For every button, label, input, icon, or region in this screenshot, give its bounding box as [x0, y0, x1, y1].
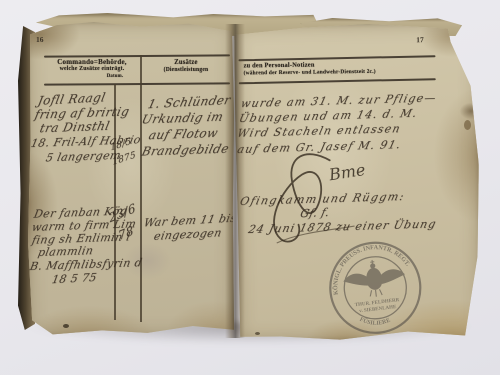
handwriting-line: 1. Schlünder	[146, 93, 232, 112]
column-header: welche Zusätze einträgt.	[42, 66, 142, 72]
table-rule	[238, 55, 435, 62]
handwriting-line: tra Dinsthl	[39, 119, 112, 136]
column-header: Zusätze	[140, 59, 232, 66]
handwriting-line: eingezogen	[153, 226, 223, 243]
table-rule	[239, 78, 436, 84]
page-header: (während der Reserve- und Landwehr-Diens…	[244, 69, 376, 77]
page-header: zu den Personal-Notizen	[244, 61, 315, 69]
column-divider	[114, 84, 116, 320]
column-divider	[140, 55, 142, 322]
right-page: 17 zu den Personal-Notizen (während der …	[234, 23, 481, 342]
page-wear-spot	[464, 120, 471, 130]
handwriting-line: Brandgebilde	[140, 141, 230, 158]
column-subheader-datum: Datum.	[90, 74, 140, 79]
page-number: 17	[416, 35, 424, 44]
left-page: 16 Commando=Behörde, welche Zusätze eint…	[28, 22, 234, 336]
table-rule	[44, 82, 230, 85]
page-wear-spot	[63, 324, 69, 328]
signature-text: Bme	[327, 160, 367, 184]
page-wear-spot	[255, 332, 260, 335]
handwriting-line: Gf. f.	[299, 206, 331, 221]
regiment-stamp: KÖNIGL. PREUSS. INFANTR. REGT. FÜSILIERE…	[320, 232, 431, 343]
handwriting-line: Wird Stacheln entlassen	[236, 122, 402, 140]
page-number: 16	[36, 35, 44, 44]
handwriting-line: auf Flotow	[147, 126, 219, 143]
handwriting-line: Urkundig im	[140, 110, 225, 127]
handwriting-line: plammlin	[37, 244, 95, 259]
handwriting-line: War bem 11 bis	[143, 211, 238, 229]
handwriting-line: 18 5 75	[51, 271, 98, 286]
eagle-icon	[341, 256, 407, 300]
column-header: (Dienstleistungen	[140, 67, 232, 73]
